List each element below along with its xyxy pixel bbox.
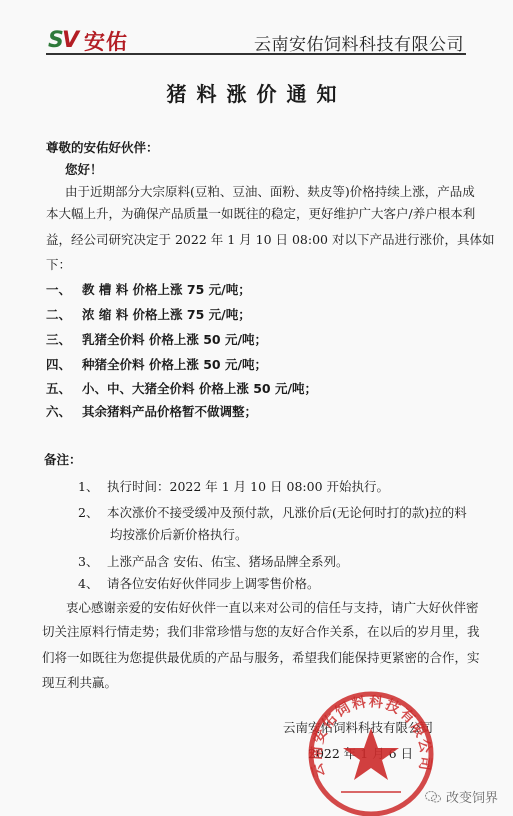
greeting: 尊敬的安佑好伙伴：	[46, 140, 159, 156]
notes-title: 备注：	[44, 452, 82, 468]
closing-line: 切关注原料行情走势；我们非常珍惜与您的友好合作关系，在以后的岁月里，我	[42, 624, 480, 640]
list-item-num: 二、	[46, 307, 71, 323]
wechat-icon	[425, 791, 441, 803]
note-num: 1、	[78, 479, 98, 495]
list-item-text: 教 槽 料 价格上涨 75 元/吨；	[82, 282, 251, 298]
list-item-text: 浓 缩 料 价格上涨 75 元/吨；	[82, 307, 251, 323]
document-page: SV 安佑 云南安佑饲料科技有限公司 猪料涨价通知 尊敬的安佑好伙伴： 您好！ …	[0, 0, 513, 816]
document-title: 猪料涨价通知	[0, 78, 513, 107]
intro-line: 下：	[46, 257, 71, 273]
note-num: 2、	[78, 505, 98, 521]
note-num: 4、	[78, 576, 98, 592]
closing-line: 衷心感谢亲爱的安佑好伙伴一直以来对公司的信任与支持，请广大好伙伴密	[66, 600, 479, 616]
list-item-num: 三、	[46, 332, 71, 348]
list-item-text: 小、中、大猪全价料 价格上涨 50 元/吨；	[82, 381, 317, 397]
closing-line: 们将一如既往为您提供最优质的产品与服务，希望我们能保持更紧密的合作，实	[42, 650, 480, 666]
note-text: 本次涨价不接受缓冲及预付款，凡涨价后(无论何时打的款)拉的料	[107, 505, 467, 521]
watermark-text: 改变饲界	[446, 787, 498, 806]
note-num: 3、	[78, 554, 98, 570]
list-item-text: 其余猪料产品价格暂不做调整；	[82, 404, 257, 420]
intro-line: 益，经公司研究决定于 2022 年 1 月 10 日 08:00 对以下产品进行…	[46, 232, 494, 248]
company-seal-stamp: 云南安佑饲料科技有限公司	[303, 686, 439, 816]
list-item-num: 五、	[46, 381, 71, 397]
company-name: 云南安佑饲料科技有限公司	[254, 30, 464, 55]
logo-text: 安佑	[84, 26, 128, 56]
note-text: 上涨产品含 安佑、佑宝、猪场品牌全系列。	[107, 554, 348, 570]
header-divider	[46, 53, 466, 55]
list-item-num: 四、	[46, 357, 71, 373]
list-item-text: 种猪全价料 价格上涨 50 元/吨；	[82, 357, 267, 373]
intro-line: 由于近期部分大宗原料(豆粕、豆油、面粉、麸皮等)价格持续上涨，产品成	[65, 184, 475, 200]
star-icon	[343, 728, 399, 780]
list-item-num: 一、	[46, 282, 71, 298]
letterhead: SV 安佑 云南安佑饲料科技有限公司	[46, 22, 466, 54]
note-text: 均按涨价后新价格执行。	[110, 527, 248, 543]
company-logo: SV 安佑	[48, 26, 128, 56]
wechat-watermark: 改变饲界	[425, 787, 498, 806]
note-text: 执行时间：2022 年 1 月 10 日 08:00 开始执行。	[107, 479, 389, 495]
logo-mark-icon: SV	[48, 30, 82, 52]
salutation: 您好！	[65, 162, 103, 178]
note-text: 请各位安佑好伙伴同步上调零售价格。	[107, 576, 320, 592]
list-item-text: 乳猪全价料 价格上涨 50 元/吨；	[82, 332, 267, 348]
closing-line: 现互利共赢。	[42, 675, 117, 691]
intro-line: 本大幅上升，为确保产品质量一如既往的稳定，更好维护广大客户/养户根本利	[46, 206, 475, 222]
list-item-num: 六、	[46, 404, 71, 420]
